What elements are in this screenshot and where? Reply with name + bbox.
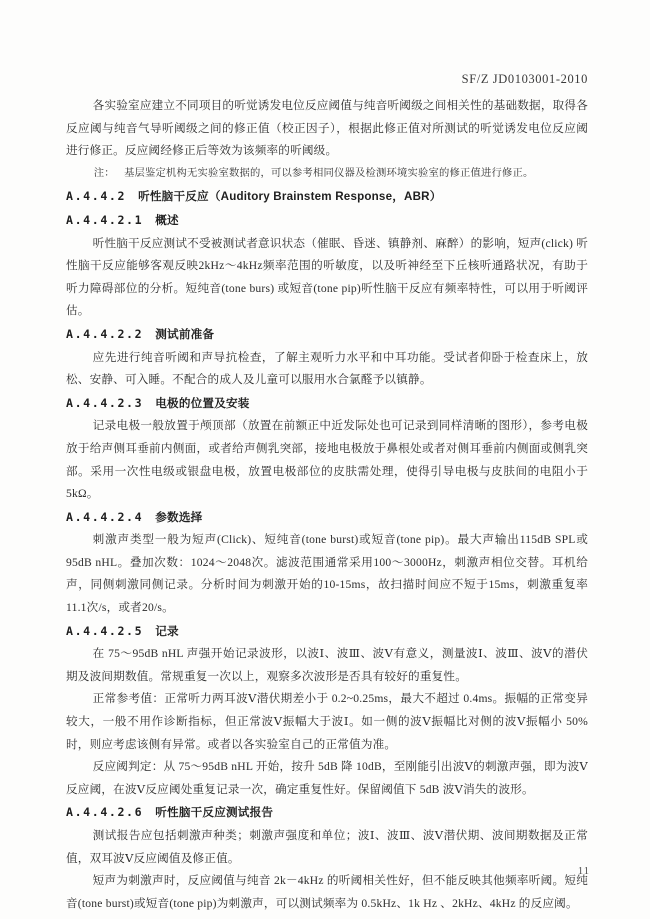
heading-pretest-prep-title: 测试前准备 xyxy=(155,328,214,341)
note-line: 注：基层鉴定机构无实验室数据的，可以参考相同仪器及检测环境实验室的修正值进行修正… xyxy=(66,163,588,186)
heading-test-report: A.4.4.2.6听性脑干反应测试报告 xyxy=(66,801,588,825)
stimulus-frequency-paragraph: 短声为刺激声时，反应阈值与纯音 2k－4kHz 的听阈相关性好，但不能反映其他频… xyxy=(66,870,588,915)
heading-abr-title: 听性脑干反应（Auditory Brainstem Response，ABR） xyxy=(138,190,441,203)
heading-parameter-selection: A.4.4.2.4参数选择 xyxy=(66,506,588,530)
test-report-paragraph: 测试报告应包括刺激声种类；刺激声强度和单位；波Ⅰ、波Ⅲ、波Ⅴ潜伏期、波间期数据及… xyxy=(66,825,588,870)
heading-parameter-selection-number: A.4.4.2.4 xyxy=(66,510,143,524)
heading-electrode-placement: A.4.4.2.3电极的位置及安装 xyxy=(66,392,588,416)
heading-abr-number: A.4.4.2 xyxy=(66,189,126,203)
intro-paragraph: 各实验室应建立不同项目的听觉诱发电位反应阈值与纯音听阈级之间相关性的基础数据，取… xyxy=(66,95,588,163)
heading-test-report-title: 听性脑干反应测试报告 xyxy=(155,806,273,819)
electrode-placement-paragraph: 记录电极一般放置于颅顶部（放置在前额正中近发际处也可记录到同样清晰的图形），参考… xyxy=(66,415,588,505)
heading-abr: A.4.4.2听性脑干反应（Auditory Brainstem Respons… xyxy=(66,185,588,209)
heading-overview-title: 概述 xyxy=(155,214,179,227)
heading-recording-title: 记录 xyxy=(155,625,179,638)
threshold-judgement-paragraph: 反应阈判定：从 75～95dB nHL 开始，按升 5dB 降 10dB，至刚能… xyxy=(66,756,588,801)
heading-pretest-prep-number: A.4.4.2.2 xyxy=(66,327,143,341)
heading-overview: A.4.4.2.1概述 xyxy=(66,209,588,233)
heading-recording: A.4.4.2.5记录 xyxy=(66,620,588,644)
heading-recording-number: A.4.4.2.5 xyxy=(66,624,143,638)
note-label: 注： xyxy=(94,168,115,179)
standard-code-header: SF/Z JD0103001-2010 xyxy=(66,72,588,86)
document-page: SF/Z JD0103001-2010 各实验室应建立不同项目的听觉诱发电位反应… xyxy=(0,0,650,919)
pretest-prep-paragraph: 应先进行纯音听阈和声导抗检查，了解主观听力水平和中耳功能。受试者仰卧于检查床上，… xyxy=(66,347,588,392)
heading-parameter-selection-title: 参数选择 xyxy=(155,511,202,524)
recording-paragraph: 在 75～95dB nHL 声强开始记录波形，以波Ⅰ、波Ⅲ、波Ⅴ有意义，测量波Ⅰ… xyxy=(66,643,588,688)
heading-electrode-placement-title: 电极的位置及安装 xyxy=(155,397,249,410)
page-number: 11 xyxy=(578,866,590,877)
heading-pretest-prep: A.4.4.2.2测试前准备 xyxy=(66,323,588,347)
heading-electrode-placement-number: A.4.4.2.3 xyxy=(66,396,143,410)
normal-reference-paragraph: 正常参考值：正常听力两耳波Ⅴ潜伏期差小于 0.2~0.25ms，最大不超过 0.… xyxy=(66,688,588,756)
heading-test-report-number: A.4.4.2.6 xyxy=(66,805,143,819)
overview-paragraph: 听性脑干反应测试不受被测试者意识状态（催眠、昏迷、镇静剂、麻醉）的影响，短声(c… xyxy=(66,233,588,323)
heading-overview-number: A.4.4.2.1 xyxy=(66,213,143,227)
parameter-selection-paragraph: 刺激声类型一般为短声(Click)、短纯音(tone burst)或短音(ton… xyxy=(66,529,588,619)
note-text: 基层鉴定机构无实验室数据的，可以参考相同仪器及检测环境实验室的修正值进行修正。 xyxy=(124,168,533,179)
document-body: 各实验室应建立不同项目的听觉诱发电位反应阈值与纯音听阈级之间相关性的基础数据，取… xyxy=(66,95,588,915)
